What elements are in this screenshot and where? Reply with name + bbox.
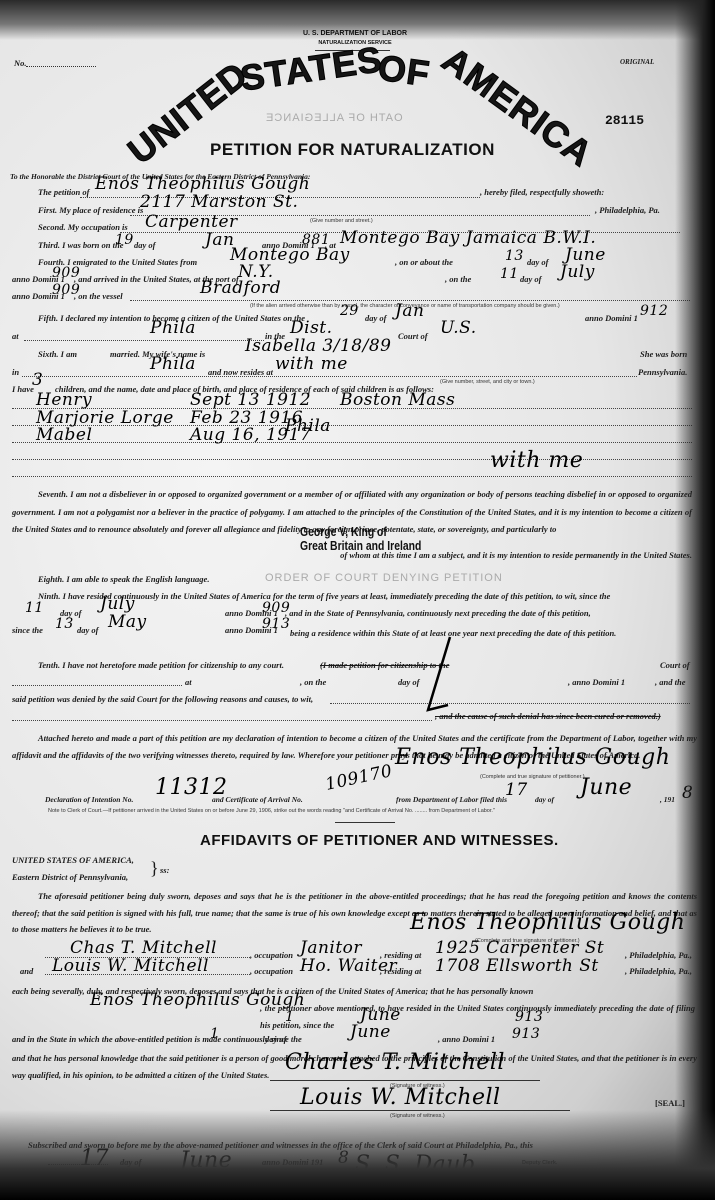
venue-brace: } bbox=[150, 858, 159, 879]
state-residence-day-field: 1 bbox=[210, 1026, 219, 1042]
ninth-state-year-field: 913 bbox=[262, 616, 290, 632]
arrived-on: , on the bbox=[445, 274, 471, 284]
occupation-field: Carpenter bbox=[145, 212, 238, 232]
state-residence-label: and in the State in which the above-enti… bbox=[12, 1034, 302, 1044]
department-filed-label: from Department of Labor filed this bbox=[396, 795, 507, 804]
child-name: Mabel bbox=[36, 425, 92, 445]
child-line-4 bbox=[12, 459, 692, 460]
residence-label: First. My place of residence is bbox=[38, 205, 143, 215]
ninth-month-field: July bbox=[100, 594, 135, 614]
wife-residence-line bbox=[22, 376, 637, 377]
document-number-label: No. bbox=[14, 58, 27, 68]
child-line-5 bbox=[12, 476, 692, 477]
wife-in-label: in bbox=[12, 367, 19, 377]
witness-1-name-field: Chas T. Mitchell bbox=[70, 938, 217, 958]
child-place: Boston Mass bbox=[340, 390, 455, 410]
department-label: U. S. DEPARTMENT OF LABOR bbox=[270, 30, 440, 37]
form-title: PETITION FOR NATURALIZATION bbox=[210, 140, 495, 160]
state-residence-anno: , anno Domini 1 bbox=[438, 1034, 495, 1044]
state-residence-dayof: day of bbox=[265, 1034, 286, 1044]
tenth-dayof: day of bbox=[398, 677, 419, 687]
seventh-tail: of whom at this time I am a subject, and… bbox=[12, 548, 692, 563]
document-number-line bbox=[26, 66, 96, 67]
emigrated-dayof: day of bbox=[527, 257, 548, 267]
witness-2-residence-field: 1708 Ellsworth St bbox=[435, 956, 599, 976]
tenth-on-the: , on the bbox=[300, 677, 326, 687]
vessel-field: Bradford bbox=[200, 278, 281, 298]
scan-shadow-bottom bbox=[0, 1110, 715, 1200]
children-residence-field: with me bbox=[490, 448, 583, 473]
witness-1-occupation-field: Janitor bbox=[300, 938, 362, 958]
affidavits-title: AFFIDAVITS OF PETITIONER AND WITNESSES. bbox=[200, 832, 559, 849]
vessel-label: , on the vessel bbox=[74, 291, 123, 301]
child-line-3 bbox=[12, 442, 692, 443]
declared-place-field: Phila bbox=[150, 318, 196, 338]
sovereign-line-1: George V, King of bbox=[300, 524, 387, 539]
residence-hint: (Give number and street.) bbox=[310, 218, 373, 224]
witness-2-residing-label: , residing at bbox=[380, 966, 421, 976]
declaration-dayof: day of bbox=[535, 795, 554, 804]
residence-field: 2117 Marston St. bbox=[140, 192, 298, 212]
clerk-note: Note to Clerk of Court.—If petitioner ar… bbox=[48, 808, 495, 814]
wife-resides-label: and now resides at bbox=[208, 367, 273, 377]
ninth-state-text: , and in the State of Pennsylvania, cont… bbox=[285, 608, 591, 618]
petitioner-signature: Enos Theophilus Gough bbox=[395, 745, 670, 770]
arch-word-states: STATES bbox=[238, 38, 385, 99]
declaration-label: Declaration of Intention No. bbox=[45, 795, 133, 804]
hereby-filed-text: , hereby filed, respectfully showeth: bbox=[480, 187, 604, 197]
wife-birthplace-field: Phila bbox=[150, 354, 196, 374]
ninth-day-field: 11 bbox=[25, 600, 44, 616]
us-residence-year-field: 913 bbox=[515, 1009, 543, 1025]
original-label: ORIGINAL bbox=[620, 58, 654, 66]
witness-2-name-field: Louis W. Mitchell bbox=[52, 956, 209, 976]
tenth-anno: , anno Domini 1 bbox=[568, 677, 625, 687]
declaration-year-prefix: , 191 bbox=[660, 795, 675, 804]
declared-court-of: Court of bbox=[398, 331, 428, 341]
born-label: Third. I was born on the bbox=[38, 240, 124, 250]
venue-ss: ss: bbox=[160, 865, 169, 875]
state-residence-year-field: 913 bbox=[512, 1026, 540, 1042]
arrival-day-field: 11 bbox=[500, 266, 519, 282]
ninth-state-dayof: day of bbox=[77, 625, 98, 635]
affidavit-rule bbox=[335, 822, 395, 823]
sixth-label: Sixth. I am bbox=[38, 349, 77, 359]
signature-hint: (Complete and true signature of petition… bbox=[480, 774, 585, 780]
certificate-label: and Certificate of Arrival No. bbox=[212, 795, 303, 804]
strikethrough-mark bbox=[420, 635, 460, 715]
declared-anno: anno Domini 1 bbox=[585, 313, 638, 323]
ninth-state-tail: being a residence within this State of a… bbox=[290, 625, 690, 642]
venue-line-2: Eastern District of Pennsylvania, bbox=[12, 872, 128, 882]
child-name: Henry bbox=[36, 390, 92, 410]
wife-name-field: Isabella 3/18/89 bbox=[245, 336, 391, 356]
us-residence-day-field: 1 bbox=[285, 1009, 294, 1025]
witness-signature-2: Louis W. Mitchell bbox=[300, 1085, 501, 1110]
tenth-reasons-line bbox=[330, 703, 690, 704]
declared-month-field: Jan bbox=[395, 301, 424, 321]
witness-and-label: and bbox=[20, 966, 33, 976]
emigrated-day-field: 13 bbox=[505, 248, 524, 264]
petition-of-label: The petition of bbox=[38, 187, 89, 197]
emigrated-about: , on or about the bbox=[395, 257, 453, 267]
ninth-state-day-field: 13 bbox=[55, 616, 74, 632]
children-count-field: 3 bbox=[32, 370, 43, 390]
declared-place-line bbox=[24, 340, 264, 341]
arch-word-of: OF bbox=[375, 47, 432, 96]
naturalization-petition-page: No. U. S. DEPARTMENT OF LABOR NATURALIZA… bbox=[0, 0, 715, 1200]
declaration-day-field: 17 bbox=[505, 780, 528, 800]
state-residence-month-field: June bbox=[350, 1022, 391, 1042]
petitioner-name-field: Enos Theophilus Gough bbox=[95, 174, 310, 194]
ninth-state-month-field: May bbox=[108, 612, 147, 632]
witness-2-occupation-label: , occupation bbox=[250, 966, 293, 976]
declaration-month-field: June bbox=[580, 775, 632, 800]
born-day-field: 19 bbox=[115, 232, 134, 248]
arrival-month-field: July bbox=[560, 262, 595, 282]
reverse-stamp-oath: OATH OF ALLEGIANCE bbox=[265, 112, 403, 124]
declared-court-value-field: U.S. bbox=[440, 318, 477, 338]
child-dob: Sept 13 1912 bbox=[190, 390, 311, 410]
witness-1-residence-field: 1925 Carpenter St bbox=[435, 938, 604, 958]
petition-number: 28115 bbox=[605, 113, 644, 128]
tenth-at: at bbox=[185, 677, 192, 687]
arrived-dayof: day of bbox=[520, 274, 541, 284]
witness-signature-1: Charles T. Mitchell bbox=[285, 1050, 505, 1075]
scan-shadow-right bbox=[675, 0, 715, 1200]
child-dob: Aug 16, 1917 bbox=[190, 425, 311, 445]
witness-1-occupation-label: , occupation bbox=[250, 950, 293, 960]
ninth-since: since the bbox=[12, 625, 43, 635]
declared-court-field: Dist. bbox=[290, 318, 333, 338]
tenth-reasons-line-2 bbox=[12, 720, 432, 721]
tenth-place-line bbox=[12, 685, 182, 686]
reverse-stamp-order: ORDER OF COURT DENYING PETITION bbox=[265, 572, 503, 584]
affidavit-petitioner-signature: Enos Theophilus Gough bbox=[410, 910, 685, 935]
wife-residence-field: with me bbox=[275, 354, 348, 374]
witness-paragraph-b: , the petitioner above mentioned, to hav… bbox=[260, 1000, 695, 1034]
tenth-cured: , and the cause of such denial has since… bbox=[435, 711, 661, 721]
birthplace-field: Montego Bay Jamaica B.W.I. bbox=[340, 228, 596, 248]
declared-year-field: 912 bbox=[640, 303, 668, 319]
tenth-denied: said petition was denied by the said Cou… bbox=[12, 694, 313, 704]
occupation-label: Second. My occupation is bbox=[38, 222, 128, 232]
declared-at: at bbox=[12, 331, 19, 341]
born-dayof: day of bbox=[134, 240, 155, 250]
declared-dayof: day of bbox=[365, 313, 386, 323]
venue-line-1: UNITED STATES OF AMERICA, bbox=[12, 855, 134, 865]
wife-residence-hint: (Give number, street, and city or town.) bbox=[440, 379, 535, 385]
residence-city: , Philadelphia, Pa. bbox=[595, 205, 660, 215]
certificate-number-field: 109170 bbox=[324, 761, 395, 795]
children-label-a: I have bbox=[12, 384, 34, 394]
declared-day-field: 29 bbox=[340, 303, 359, 319]
tenth-clause: Tenth. I have not heretofore made petiti… bbox=[38, 660, 284, 670]
eighth-clause: Eighth. I am able to speak the English l… bbox=[38, 574, 209, 584]
witness-sig-1-line bbox=[270, 1080, 540, 1081]
